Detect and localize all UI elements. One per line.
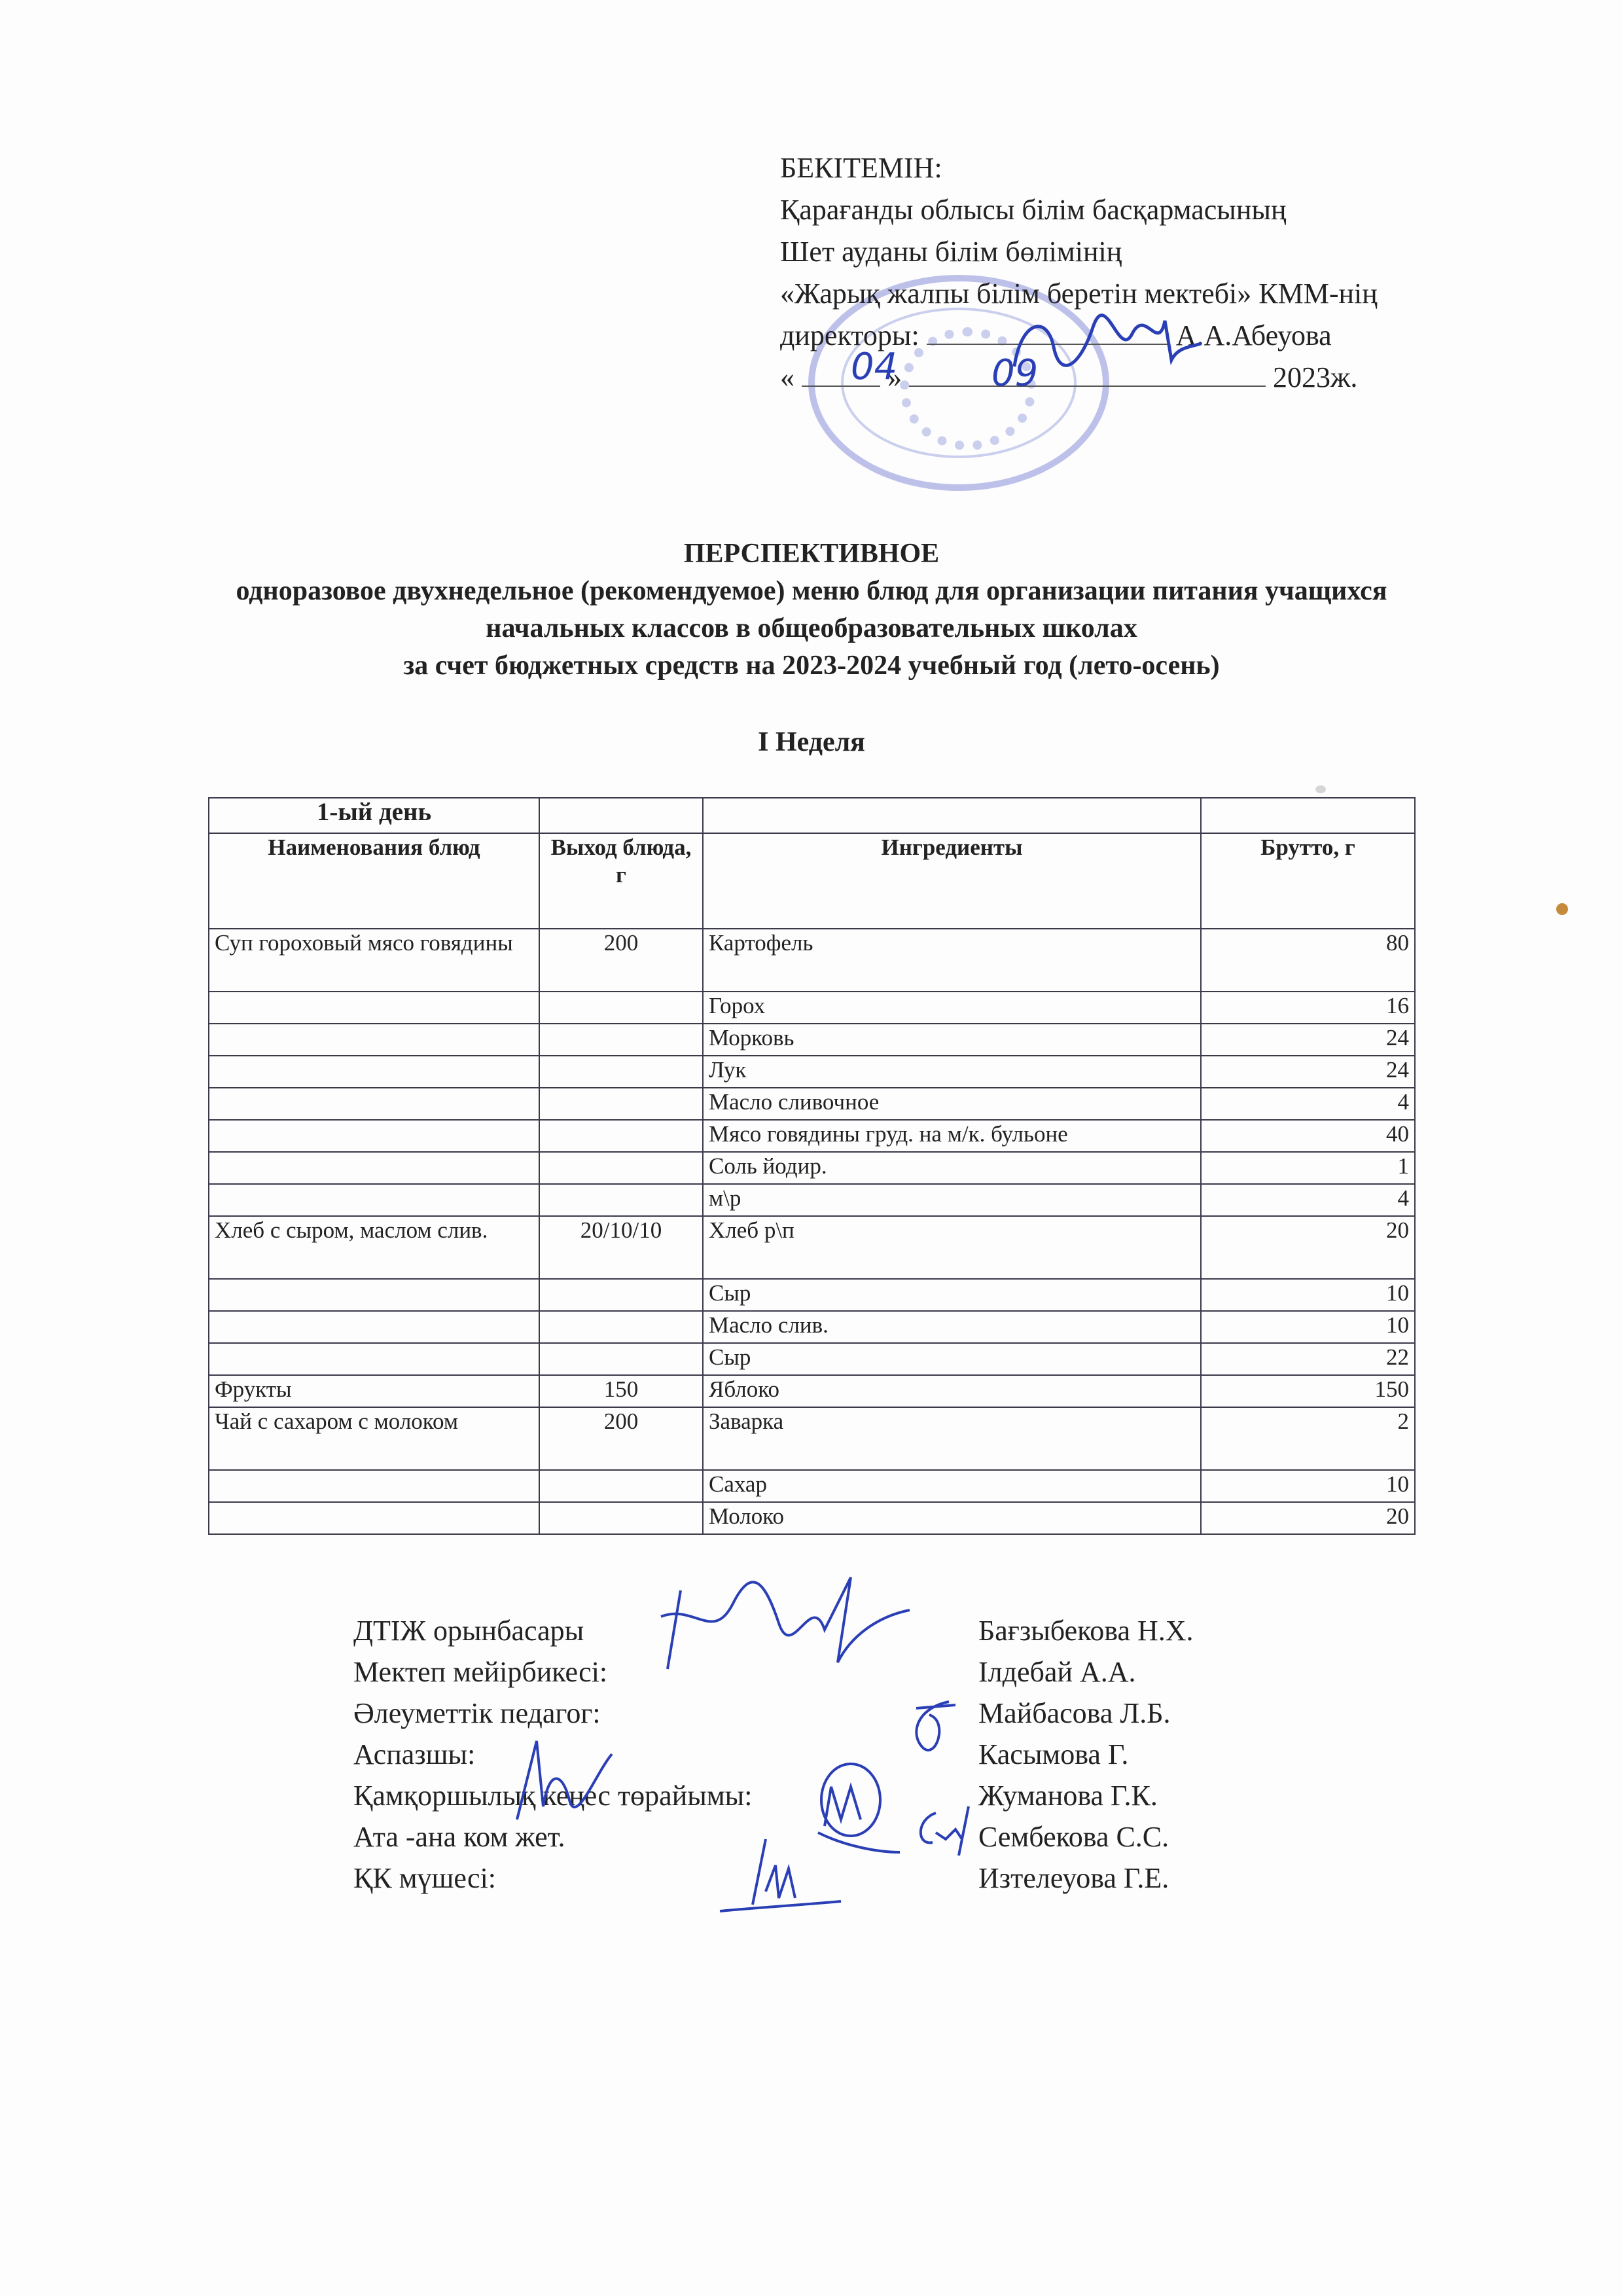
day-row: 1-ый день (209, 798, 1415, 833)
date-year: 2023ж. (1273, 361, 1357, 393)
dish-cell (209, 1343, 539, 1375)
yield-cell (539, 1024, 703, 1056)
table-row: Хлеб с сыром, маслом слив.20/10/10Хлеб р… (209, 1216, 1415, 1279)
table-row: Лук24 (209, 1056, 1415, 1088)
dish-cell (209, 1470, 539, 1502)
ingredient-cell: Сыр (703, 1279, 1201, 1311)
yield-cell (539, 1088, 703, 1120)
table-row: Горох16 (209, 992, 1415, 1024)
table-row: Мясо говядины груд. на м/к. бульоне40 (209, 1120, 1415, 1152)
dish-cell (209, 992, 539, 1024)
table-row: Сыр22 (209, 1343, 1415, 1375)
signatory-role: Мектеп мейірбикесі: (353, 1651, 607, 1693)
signature-board-member (713, 1833, 844, 1918)
menu-table: 1-ый день Наименования блюд Выход блюда,… (208, 797, 1416, 1535)
table-row: Морковь24 (209, 1024, 1415, 1056)
header-row: Наименования блюд Выход блюда, г Ингреди… (209, 833, 1415, 929)
dish-cell (209, 1120, 539, 1152)
ingredient-cell: Горох (703, 992, 1201, 1024)
yield-cell: 200 (539, 929, 703, 992)
table-row: Соль йодир.1 (209, 1152, 1415, 1184)
yield-cell (539, 1343, 703, 1375)
dish-cell: Хлеб с сыром, маслом слив. (209, 1216, 539, 1279)
yield-cell (539, 1152, 703, 1184)
gross-cell: 22 (1201, 1343, 1415, 1375)
signatory-name: Ілдебай А.А. (978, 1651, 1136, 1693)
table-row: м\р4 (209, 1184, 1415, 1216)
dish-cell (209, 1024, 539, 1056)
signatory-name: Сембекова С.С. (978, 1816, 1169, 1857)
ingredient-cell: Лук (703, 1056, 1201, 1088)
dish-cell (209, 1088, 539, 1120)
gross-cell: 10 (1201, 1279, 1415, 1311)
header-gross: Брутто, г (1201, 833, 1415, 929)
yield-cell (539, 1311, 703, 1343)
title-line-2: одноразовое двухнедельное (рекомендуемое… (0, 573, 1623, 610)
ingredient-cell: Мясо говядины груд. на м/к. бульоне (703, 1120, 1201, 1152)
signature-cook (497, 1728, 615, 1826)
gross-cell: 16 (1201, 992, 1415, 1024)
table-row: Фрукты150Яблоко150 (209, 1375, 1415, 1407)
dish-cell (209, 1279, 539, 1311)
ingredient-cell: Морковь (703, 1024, 1201, 1056)
yield-cell: 20/10/10 (539, 1216, 703, 1279)
table-row: Сыр10 (209, 1279, 1415, 1311)
table-row: Молоко20 (209, 1502, 1415, 1534)
dish-cell (209, 1502, 539, 1534)
signature-social-pedagogue (903, 1695, 962, 1754)
gross-cell: 24 (1201, 1024, 1415, 1056)
gross-cell: 40 (1201, 1120, 1415, 1152)
signatory-name: Жуманова Г.К. (978, 1775, 1158, 1816)
header-dish: Наименования блюд (209, 833, 539, 929)
gross-cell: 4 (1201, 1088, 1415, 1120)
table-row: Чай с сахаром с молоком200Заварка2 (209, 1407, 1415, 1470)
header-ingredients: Ингредиенты (703, 833, 1201, 929)
header-yield: Выход блюда, г (539, 833, 703, 929)
yield-cell (539, 1502, 703, 1534)
ingredient-cell: Соль йодир. (703, 1152, 1201, 1184)
ingredient-cell: Молоко (703, 1502, 1201, 1534)
yield-cell (539, 1120, 703, 1152)
ingredient-cell: Масло слив. (703, 1311, 1201, 1343)
signature-deputy (654, 1564, 916, 1682)
yield-cell (539, 1184, 703, 1216)
approval-line-2: Шет ауданы білім бөлімінің (780, 231, 1378, 273)
dish-cell: Суп гороховый мясо говядины (209, 929, 539, 992)
gross-cell: 150 (1201, 1375, 1415, 1407)
gross-cell: 10 (1201, 1470, 1415, 1502)
dish-cell: Чай с сахаром с молоком (209, 1407, 539, 1470)
approval-heading: БЕКІТЕМІН: (780, 147, 1378, 189)
dish-cell: Фрукты (209, 1375, 539, 1407)
yield-cell (539, 992, 703, 1024)
ingredient-cell: м\р (703, 1184, 1201, 1216)
week-label: I Неделя (0, 726, 1623, 758)
paper-speck (1315, 785, 1326, 793)
ingredient-cell: Заварка (703, 1407, 1201, 1470)
yield-cell: 200 (539, 1407, 703, 1470)
gross-cell: 10 (1201, 1311, 1415, 1343)
dish-cell (209, 1184, 539, 1216)
yield-cell (539, 1279, 703, 1311)
date-open-quote: « (780, 361, 794, 393)
table-row: Сахар10 (209, 1470, 1415, 1502)
director-label: директоры: (780, 319, 919, 351)
day-label: 1-ый день (209, 798, 539, 833)
ingredient-cell: Сахар (703, 1470, 1201, 1502)
gross-cell: 1 (1201, 1152, 1415, 1184)
ingredient-cell: Масло сливочное (703, 1088, 1201, 1120)
title-line-3: начальных классов в общеобразовательных … (0, 610, 1623, 647)
signatory-name: Бағзыбекова Н.Х. (978, 1610, 1194, 1651)
table-row: Масло слив.10 (209, 1311, 1415, 1343)
gross-cell: 24 (1201, 1056, 1415, 1088)
dish-cell (209, 1056, 539, 1088)
ingredient-cell: Хлеб р\п (703, 1216, 1201, 1279)
director-signature (1008, 308, 1204, 380)
signatory-name: Майбасова Л.Б. (978, 1693, 1170, 1734)
gross-cell: 20 (1201, 1502, 1415, 1534)
title-line-1: ПЕРСПЕКТИВНОЕ (0, 535, 1623, 573)
table-row: Суп гороховый мясо говядины200Картофель8… (209, 929, 1415, 992)
yield-cell (539, 1056, 703, 1088)
yield-cell: 150 (539, 1375, 703, 1407)
dish-cell (209, 1311, 539, 1343)
ingredient-cell: Картофель (703, 929, 1201, 992)
ingredient-cell: Сыр (703, 1343, 1201, 1375)
table-row: Масло сливочное4 (209, 1088, 1415, 1120)
gross-cell: 80 (1201, 929, 1415, 992)
dish-cell (209, 1152, 539, 1184)
signatory-name: Изтелеуова Г.Е. (978, 1857, 1169, 1899)
signatory-role: Аспазшы: (353, 1734, 475, 1775)
document-page: БЕКІТЕМІН: Қарағанды облысы білім басқар… (0, 0, 1623, 2296)
signatory-role: ДТІЖ орынбасары (353, 1610, 584, 1651)
signatory-name: Касымова Г. (978, 1734, 1128, 1775)
signature-parent-committee (910, 1800, 975, 1859)
paper-stain (1556, 903, 1568, 915)
gross-cell: 20 (1201, 1216, 1415, 1279)
approval-line-1: Қарағанды облысы білім басқармасының (780, 189, 1378, 231)
gross-cell: 2 (1201, 1407, 1415, 1470)
handwritten-day: 04 (851, 346, 897, 388)
gross-cell: 4 (1201, 1184, 1415, 1216)
title-line-4: за счет бюджетных средств на 2023-2024 у… (0, 647, 1623, 685)
ingredient-cell: Яблоко (703, 1375, 1201, 1407)
signatory-role: ҚК мүшесі: (353, 1857, 496, 1899)
document-title: ПЕРСПЕКТИВНОЕ одноразовое двухнедельное … (0, 535, 1623, 685)
yield-cell (539, 1470, 703, 1502)
